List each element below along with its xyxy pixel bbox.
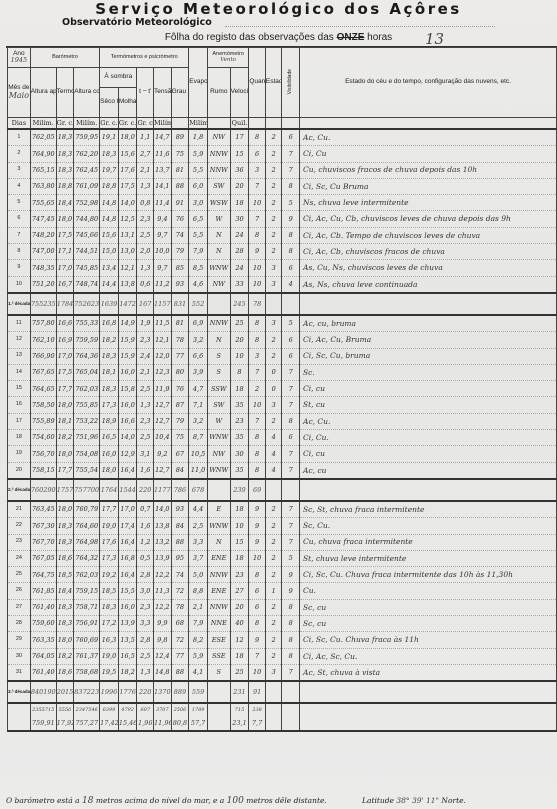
cell-alt-ap: 762,05 [30,129,56,146]
cell-evap: 5,9 [189,648,208,664]
cell-alt-ap: 755,89 [30,413,56,429]
decade-sum-cell: 678 [189,479,208,501]
cell-molh: 17,4 [118,518,137,534]
cell-vis: 9 [282,583,300,599]
cell-vel: 20 [230,599,249,615]
cell-hum: 77 [171,348,189,364]
cell-alt-cor: 761,37 [74,648,100,664]
cell-molh: 16,0 [118,364,137,380]
cell-alt-ap: 762,10 [30,332,56,348]
cell-seco: 19,5 [100,664,119,681]
document-title: Serviço Meteorológico dos Açôres [0,0,557,18]
cell-evap: 4,4 [189,501,208,518]
cell-evap: 2,5 [189,518,208,534]
cell-rumo: ENE [207,550,230,566]
cell-alt-cor: 762,03 [74,381,100,397]
cell-tens: 14,8 [154,664,172,681]
cell-evap: 4,1 [189,664,208,681]
cell-molh: 16,4 [118,534,137,550]
cell-term: 18,0 [56,501,74,518]
day-cell: 7 [8,227,31,243]
cell-tens: 12,4 [154,648,172,664]
cell-tt: 2,1 [137,162,154,178]
cell-molh: 15,8 [118,381,137,397]
cell-hum: 74 [171,227,189,243]
cell-nuv: 7 [249,178,266,194]
cell-alt-cor: 745,85 [74,260,100,276]
sea-state-header: Estado do mar [265,48,282,118]
cell-alt-ap: 766,90 [30,348,56,364]
cell-term: 18,3 [56,518,74,534]
cell-tt: 2,8 [137,567,154,583]
total-cell: 57,7 [189,717,208,731]
cell-evap: 11,0 [189,462,208,479]
cell-tens: 14,1 [154,178,172,194]
table-row: 14767,6517,5765,0418,116,02,112,3803,9S8… [8,364,557,380]
day-cell: 31 [8,664,31,681]
cell-term: 17,0 [56,260,74,276]
remark-cell: Cu. [300,583,557,599]
remark-cell: Ac, cu [300,462,557,479]
cell-molh: 12,5 [118,211,137,227]
unit-cell: Gr. c. [137,118,154,130]
cell-vis: 5 [282,195,300,211]
empty-cell [8,717,31,731]
cell-evap: 6,6 [189,348,208,364]
table-row: 20758,1517,7755,5418,016,41,612,78411,0W… [8,462,557,479]
cell-hum: 81 [171,315,189,332]
cell-alt-cor: 759,59 [74,332,100,348]
cell-nuv: 6 [249,583,266,599]
unit-cell [282,118,300,130]
cell-alt-cor: 751,96 [74,430,100,446]
cell-alt-cor: 753,22 [74,413,100,429]
cell-hum: 91 [171,195,189,211]
table-row: 31761,4018,6758,6819,518,21,314,8884,1S2… [8,664,557,681]
cell-alt-cor: 754,08 [74,446,100,462]
cell-term: 17,1 [56,244,74,260]
cell-vel: 30 [230,211,249,227]
decade-sum-cell: 245 [230,293,249,315]
total-cell [207,703,230,717]
cell-vis: 6 [282,332,300,348]
cell-alt-ap: 764,90 [30,146,56,162]
cell-alt-cor: 744,51 [74,244,100,260]
cell-evap: 8,5 [189,260,208,276]
cell-term: 18,3 [56,534,74,550]
cell-seco: 18,5 [100,583,119,599]
cell-mar: 0 [265,381,282,397]
cell-tens: 11,6 [154,146,172,162]
cell-tt: 2,7 [137,146,154,162]
cell-nuv: 8 [249,616,266,632]
table-row: 25764,7518,5762,0319,216,42,812,2745,0NN… [8,567,557,583]
decade-sum-cell: 1776 [118,681,137,703]
cell-rumo: NNE [207,616,230,632]
empty-cell [300,479,557,501]
table-row: 6747,4518,0744,8014,812,52,39,4766,5W307… [8,211,557,227]
cell-seco: 15,0 [100,244,119,260]
remark-cell: Sc, Cu. [300,518,557,534]
total-cell: 11,96 [154,717,172,731]
cell-seco: 18,9 [100,413,119,429]
unit-cell: Quil. [230,118,249,130]
cell-alt-ap: 747,45 [30,211,56,227]
remark-cell: Ns, chuva leve intermitente [300,195,557,211]
cell-tt: 3,0 [137,583,154,599]
sky-state-header: Estado do céu e do tempo, configuração d… [300,48,557,118]
cell-alt-cor: 756,91 [74,616,100,632]
cell-alt-ap: 754,60 [30,430,56,446]
total-cell: 2347546 [74,703,100,717]
empty-cell [282,681,300,703]
day-cell: 28 [8,616,31,632]
cell-seco: 19,2 [100,567,119,583]
cell-nuv: 2 [249,381,266,397]
cell-mar: 3 [265,397,282,413]
cell-molh: 17,0 [118,501,137,518]
cell-tt: 2,3 [137,599,154,615]
cell-term: 18,0 [56,211,74,227]
cell-tt: 2,5 [137,648,154,664]
wind-speed-header: Veloci-dade horária [230,68,249,118]
empty-cell [265,293,282,315]
cell-vel: 24 [230,260,249,276]
cell-alt-ap: 756,70 [30,446,56,462]
cell-alt-ap: 758,50 [30,397,56,413]
cell-vis: 9 [282,211,300,227]
cell-alt-ap: 758,15 [30,462,56,479]
cell-term: 18,0 [56,446,74,462]
decade-sum-cell: 755235 [30,293,56,315]
cell-hum: 76 [171,381,189,397]
cell-rumo: NNW [207,315,230,332]
decade-sum-cell: 1370 [154,681,172,703]
cell-mar: 3 [265,276,282,293]
table-row: 3765,1518,3762,4519,717,62,113,7815,5NNW… [8,162,557,178]
cell-rumo: SW [207,397,230,413]
cell-vis: 8 [282,227,300,243]
day-cell: 25 [8,567,31,583]
cell-alt-cor: 744,80 [74,211,100,227]
cell-hum: 88 [171,178,189,194]
cell-mar: 2 [265,599,282,615]
cell-molh: 13,0 [118,244,137,260]
table-row: 2764,9018,3762,2018,315,62,711,6755,9NNW… [8,146,557,162]
cell-vel: 27 [230,583,249,599]
cell-seco: 16,8 [100,315,119,332]
cell-vis: 8 [282,413,300,429]
cell-term: 18,4 [56,195,74,211]
cell-evap: 6,5 [189,211,208,227]
cell-seco: 18,0 [100,462,119,479]
cell-rumo: WSW [207,195,230,211]
cell-rumo: W [207,413,230,429]
cell-nuv: 10 [249,550,266,566]
empty-cell [282,717,300,731]
cell-nuv: 7 [249,413,266,429]
cell-evap: 5,5 [189,227,208,243]
cell-nuv: 10 [249,260,266,276]
cell-tens: 11,2 [154,276,172,293]
cell-tt: 2,3 [137,211,154,227]
cell-term: 16,9 [56,332,74,348]
remark-cell: Ci, Cu [300,146,557,162]
cell-vel: 18 [230,648,249,664]
total-cell: 759,91 [30,717,56,731]
anemometer-header: AnemómetroVento [207,48,248,68]
cell-alt-ap: 761,40 [30,664,56,681]
unit-cell [171,118,189,130]
document-subtitle: Observatório Meteorológico [62,17,212,28]
cell-seco: 17,2 [100,616,119,632]
cell-term: 18,3 [56,129,74,146]
decade-sum-cell: 231 [230,681,249,703]
cell-term: 18,8 [56,178,74,194]
cell-hum: 78 [171,332,189,348]
remark-cell: St, chuva leve intermitente [300,550,557,566]
cell-vel: 18 [230,381,249,397]
cell-alt-cor: 765,04 [74,364,100,380]
cell-vis: 8 [282,616,300,632]
cell-tt: 1,6 [137,462,154,479]
cell-vel: 25 [230,315,249,332]
cell-nuv: 7 [249,648,266,664]
table-row: 13766,9017,0764,3618,315,92,412,0776,6S1… [8,348,557,364]
cell-evap: 6,0 [189,178,208,194]
decade-sum-cell: 1544 [118,479,137,501]
decade-sum-cell: 1764 [100,479,119,501]
remark-cell: Ac, Cu. [300,413,557,429]
cell-alt-cor: 761,09 [74,178,100,194]
cell-evap: 2,1 [189,599,208,615]
cell-seco: 18,3 [100,381,119,397]
cell-vel: 35 [230,397,249,413]
remark-cell: Ci, Ac, Cu, Cb, chuviscos leves de chuva… [300,211,557,227]
cell-hum: 68 [171,616,189,632]
cell-alt-cor: 755,33 [74,315,100,332]
monthly-total-row: 2355715555623475466399479260737072506178… [8,703,557,717]
empty-cell [282,479,300,501]
cell-nuv: 7 [249,211,266,227]
cell-seco: 18,3 [100,348,119,364]
cell-mar: 2 [265,518,282,534]
cell-evap: 3,9 [189,364,208,380]
month-cell: Mês deMaio [8,68,31,118]
clouds-header: Quan-tidade de nuvens 0 a 10 [249,48,266,118]
cell-rumo: NNW [207,599,230,615]
cell-evap: 3,0 [189,195,208,211]
cell-evap: 7,9 [189,616,208,632]
table-row: 24767,0518,6764,3217,316,80,513,9953,7EN… [8,550,557,566]
cell-seco: 17,6 [100,534,119,550]
decade-sum-cell: 1784 [56,293,74,315]
cell-evap: 10,5 [189,446,208,462]
day-cell: 13 [8,348,31,364]
day-cell: 14 [8,364,31,380]
cell-vis: 7 [282,446,300,462]
day-cell: 26 [8,583,31,599]
empty-cell [8,703,31,717]
cell-term: 17,5 [56,364,74,380]
cell-term: 16,7 [56,276,74,293]
decade-sum-cell: 78 [249,293,266,315]
cell-molh: 18,0 [118,129,137,146]
cell-nuv: 9 [249,534,266,550]
cell-tt: 2,5 [137,381,154,397]
table-row: 11757,8016,6755,3316,814,91,911,5816,9NN… [8,315,557,332]
cell-mar: 2 [265,244,282,260]
cell-vis: 5 [282,550,300,566]
cell-tt: 3,1 [137,446,154,462]
cell-molh: 13,5 [118,632,137,648]
cell-evap: 6,9 [189,315,208,332]
cell-alt-ap: 759,60 [30,616,56,632]
cell-vis: 7 [282,664,300,681]
cell-vis: 6 [282,129,300,146]
table-row: 7748,2017,5745,6615,613,12,59,7745,5N248… [8,227,557,243]
cell-nuv: 8 [249,462,266,479]
cell-rumo: NNW [207,146,230,162]
cell-molh: 16,0 [118,599,137,615]
empty-cell [300,703,557,717]
remark-cell: Ci, Sc, Cu. Chuva fraca intermitente das… [300,567,557,583]
cell-vel: 18 [230,501,249,518]
cell-seco: 18,3 [100,599,119,615]
cell-vis: 5 [282,315,300,332]
t-difference-header: t − t' [137,68,154,118]
table-row: 28759,6018,3756,9117,213,93,39,9687,9NNE… [8,616,557,632]
cell-term: 17,5 [56,227,74,243]
remark-cell: Sc, St, chuva fraca intermitente [300,501,557,518]
cell-vel: 35 [230,462,249,479]
unit-cell [207,118,230,130]
decade-sum-cell: 91 [249,681,266,703]
decade-sum-cell: 837223 [74,681,100,703]
cell-evap: 8,8 [189,583,208,599]
empty-cell [265,703,282,717]
cell-tens: 13,7 [154,162,172,178]
cell-rumo: NNW [207,162,230,178]
total-cell: 17,92 [56,717,74,731]
cell-evap: 8,2 [189,632,208,648]
decade-sum-cell: 1996 [100,681,119,703]
cell-hum: 76 [171,211,189,227]
remark-cell: As, Ns, chuva leve continuada [300,276,557,293]
table-row: 21763,4518,0760,7917,717,00,714,0934,4E1… [8,501,557,518]
day-cell: 18 [8,430,31,446]
cell-seco: 14,8 [100,211,119,227]
cell-molh: 17,6 [118,162,137,178]
cell-tt: 1,2 [137,534,154,550]
cell-rumo: WNW [207,260,230,276]
attached-thermometer-header: Termó-metro adjunto [56,68,74,118]
cell-seco: 16,3 [100,632,119,648]
cell-hum: 74 [171,567,189,583]
cell-mar: 2 [265,501,282,518]
cell-alt-cor: 759,95 [74,129,100,146]
cell-molh: 16,4 [118,462,137,479]
cell-tens: 12,7 [154,413,172,429]
cell-alt-cor: 764,98 [74,534,100,550]
cell-seco: 19,1 [100,129,119,146]
cell-vel: 15 [230,534,249,550]
cell-evap: 5,5 [189,162,208,178]
cell-alt-ap: 767,70 [30,534,56,550]
cell-nuv: 9 [249,244,266,260]
decade-sum-cell [207,293,230,315]
cell-mar: 2 [265,129,282,146]
cell-alt-cor: 745,66 [74,227,100,243]
day-cell: 17 [8,413,31,429]
cell-nuv: 8 [249,227,266,243]
cell-term: 18,3 [56,616,74,632]
cell-mar: 3 [265,260,282,276]
caption-text-end: horas [367,32,392,43]
cell-rumo: ESE [207,632,230,648]
cell-alt-cor: 758,71 [74,599,100,615]
cell-mar: 3 [265,664,282,681]
cell-alt-ap: 761,85 [30,583,56,599]
day-cell: 24 [8,550,31,566]
vapor-tension-header: Tensão do vapor atmos-férico [154,68,172,118]
cell-seco: 14,4 [100,276,119,293]
total-cell: 3707 [154,703,172,717]
decade-sum-cell: 1177 [154,479,172,501]
cell-seco: 18,2 [100,332,119,348]
cell-vis: 7 [282,364,300,380]
cell-alt-ap: 751,20 [30,276,56,293]
remark-cell: Ci, Ac, Cu, Bruma [300,332,557,348]
table-row: 23767,7018,3764,9817,616,41,213,2883,3N1… [8,534,557,550]
cell-tt: 3,3 [137,616,154,632]
observation-table: Ano1945 Barómetro Termómetros e psicróme… [7,47,557,732]
cell-term: 18,2 [56,648,74,664]
cell-tens: 13,8 [154,518,172,534]
total-cell: 1789 [189,703,208,717]
cell-term: 18,0 [56,632,74,648]
day-cell: 11 [8,315,31,332]
day-cell: 3 [8,162,31,178]
total-cell: 4792 [118,703,137,717]
cell-evap: 7,9 [189,244,208,260]
latitude-value: 38° 39' 11" [396,796,439,805]
cell-hum: 79 [171,244,189,260]
cell-molh: 16,5 [118,648,137,664]
cell-vel: 30 [230,446,249,462]
cell-rumo: W [207,211,230,227]
cell-nuv: 10 [249,276,266,293]
wet-bulb-header: Molhado t' [118,88,137,118]
cell-vel: 40 [230,616,249,632]
cell-alt-ap: 747,00 [30,244,56,260]
cell-nuv: 9 [249,518,266,534]
cell-tens: 12,1 [154,332,172,348]
day-cell: 8 [8,244,31,260]
table-row: 5755,6518,4752,9814,814,00,811,4913,0WSW… [8,195,557,211]
cell-vel: 10 [230,348,249,364]
decade-sum-cell: 889 [171,681,189,703]
cell-molh: 13,8 [118,276,137,293]
cell-tt: 1,3 [137,260,154,276]
cell-tt: 2,8 [137,632,154,648]
cell-nuv: 9 [249,501,266,518]
shade-header: À sombra [100,68,137,88]
cell-seco: 19,7 [100,162,119,178]
cell-alt-ap: 763,45 [30,501,56,518]
cell-tt: 2,5 [137,227,154,243]
sheet-caption: Fôlha do registo das observações das ONZ… [0,32,557,43]
